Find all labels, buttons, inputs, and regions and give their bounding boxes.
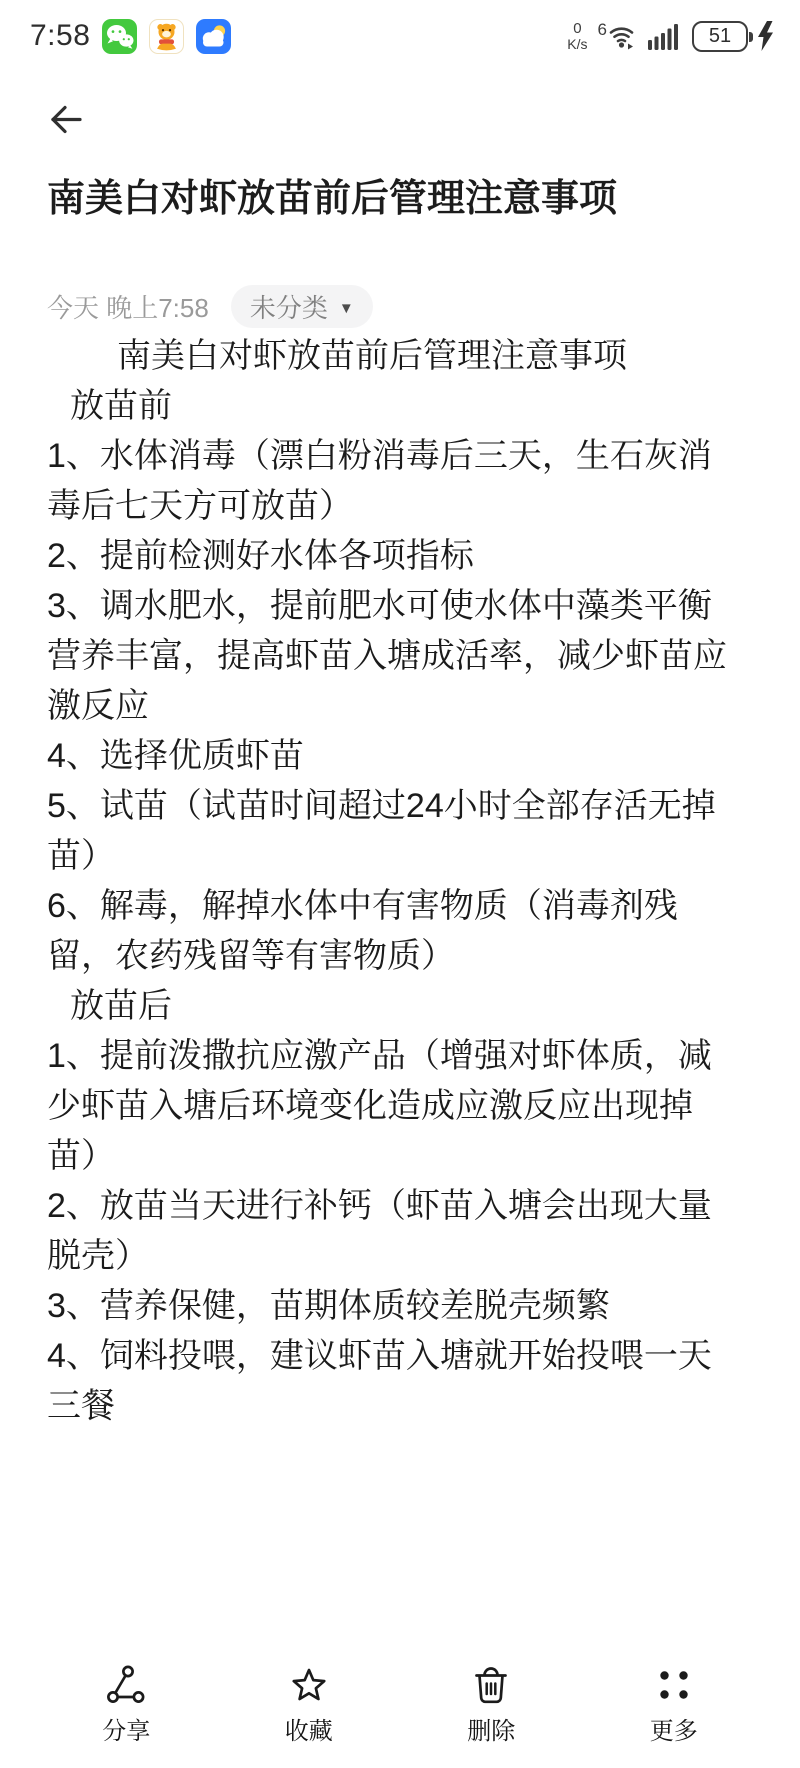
- status-bar: 7:58: [0, 0, 800, 64]
- tiger-app-icon: [149, 19, 184, 54]
- weather-icon: [196, 19, 231, 54]
- category-selector[interactable]: 未分类 ▼: [231, 285, 373, 328]
- delete-button[interactable]: 删除: [400, 1662, 583, 1746]
- star-icon: [286, 1662, 332, 1708]
- share-label: 分享: [102, 1711, 150, 1746]
- wechat-icon: [102, 19, 137, 54]
- share-button[interactable]: 分享: [35, 1662, 218, 1746]
- note-paragraph: 放苗后: [47, 981, 739, 1031]
- note-paragraph: 5、试苗（试苗时间超过24小时全部存活无掉苗）: [47, 781, 739, 881]
- note-paragraph: 3、营养保健，苗期体质较差脱壳频繁: [47, 1281, 739, 1331]
- back-arrow-icon: [46, 100, 86, 140]
- note-date: 今天 晚上7:58: [47, 288, 209, 325]
- note-paragraph: 2、放苗当天进行补钙（虾苗入塘会出现大量脱壳）: [47, 1181, 739, 1281]
- share-icon: [103, 1662, 149, 1708]
- note-title: 南美白对虾放苗前后管理注意事项: [47, 174, 757, 225]
- trash-icon: [468, 1662, 514, 1708]
- note-meta: 今天 晚上7:58 未分类 ▼: [47, 285, 373, 328]
- more-button[interactable]: 更多: [583, 1662, 766, 1746]
- network-speed: 0 K/s: [567, 21, 587, 51]
- note-paragraph: 6、解毒，解掉水体中有害物质（消毒剂残留，农药残留等有害物质）: [47, 881, 739, 981]
- battery-indicator: 51: [692, 21, 748, 52]
- note-paragraph: 4、选择优质虾苗: [47, 731, 739, 781]
- note-paragraph: 南美白对虾放苗前后管理注意事项: [47, 331, 739, 381]
- note-paragraph: 2、提前检测好水体各项指标: [47, 531, 739, 581]
- favorite-label: 收藏: [285, 1711, 333, 1746]
- signal-bars-icon: [648, 23, 682, 50]
- chevron-down-icon: ▼: [339, 300, 354, 317]
- category-label: 未分类: [250, 288, 328, 325]
- note-paragraph: 4、饲料投喂，建议虾苗入塘就开始投喂一天三餐: [47, 1331, 739, 1431]
- back-button[interactable]: [44, 98, 88, 142]
- delete-label: 删除: [467, 1711, 515, 1746]
- note-body[interactable]: 南美白对虾放苗前后管理注意事项 放苗前 1、水体消毒（漂白粉消毒后三天，生石灰消…: [47, 331, 739, 1431]
- more-dots-icon: [651, 1662, 697, 1708]
- note-paragraph: 放苗前: [47, 381, 739, 431]
- battery-percent: 51: [709, 25, 731, 48]
- note-paragraph: 1、提前泼撒抗应激产品（增强对虾体质，减少虾苗入塘后环境变化造成应激反应出现掉苗…: [47, 1031, 739, 1181]
- note-paragraph: 1、水体消毒（漂白粉消毒后三天，生石灰消毒后七天方可放苗）: [47, 431, 739, 531]
- bottom-toolbar: 分享 收藏 删除: [0, 1656, 800, 1768]
- favorite-button[interactable]: 收藏: [218, 1662, 401, 1746]
- charging-bolt-icon: [757, 21, 774, 51]
- wifi-icon: 6: [598, 22, 638, 50]
- clock-time: 7:58: [30, 19, 90, 53]
- note-paragraph: 3、调水肥水，提前肥水可使水体中藻类平衡营养丰富，提高虾苗入塘成活率，减少虾苗应…: [47, 581, 739, 731]
- more-label: 更多: [650, 1711, 698, 1746]
